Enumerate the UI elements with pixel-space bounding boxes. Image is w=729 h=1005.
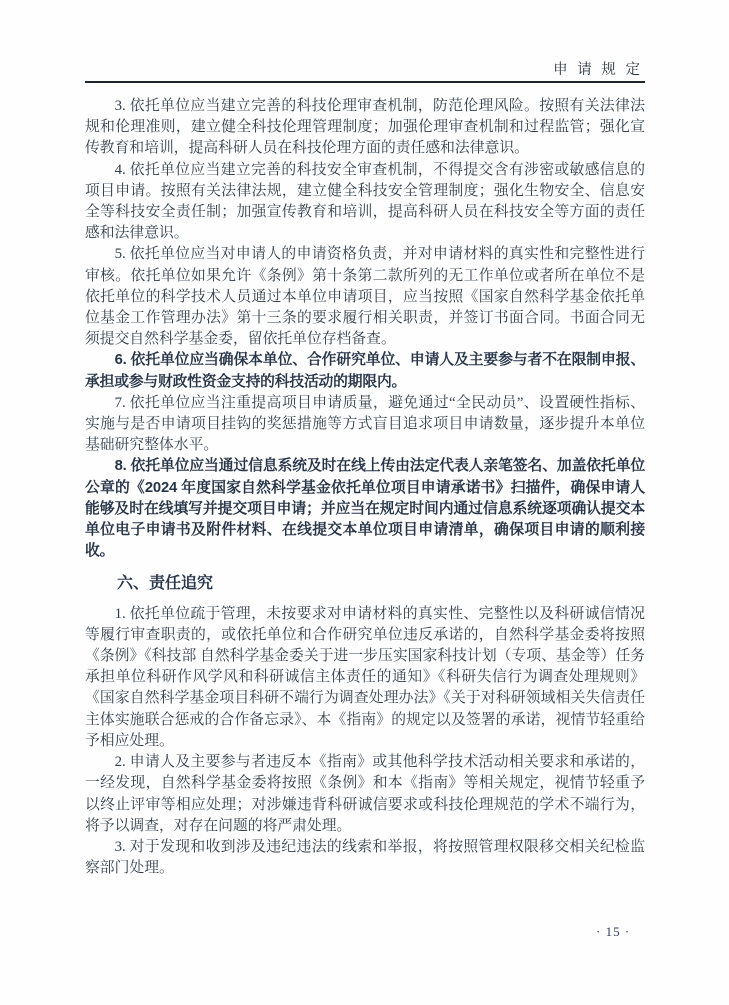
paragraph-item-5: 5. 依托单位应当对申请人的申请资格负责，并对申请材料的真实性和完整性进行审核。… [85, 244, 645, 350]
document-body: 3. 依托单位应当建立完善的科技伦理审查机制，防范伦理风险。按照有关法律法规和伦… [85, 96, 645, 879]
liability-item-3: 3. 对于发现和收到涉及违纪违法的线索和举报，将按照管理权限移交相关纪检监察部门… [85, 837, 645, 879]
paragraph-item-6: 6. 依托单位应当确保本单位、合作研究单位、申请人及主要参与者不在限制申报、承担… [85, 350, 645, 392]
running-header: 申 请 规 定 [553, 58, 643, 79]
header-rule [85, 81, 645, 83]
page-number: · 15 · [596, 924, 630, 940]
paragraph-item-4: 4. 依托单位应当建立完善的科技安全审查机制，不得提交含有涉密或敏感信息的项目申… [85, 160, 645, 245]
liability-item-2: 2. 申请人及主要参与者违反本《指南》或其他科学技术活动相关要求和承诺的，一经发… [85, 752, 645, 837]
liability-item-1: 1. 依托单位疏于管理，未按要求对申请材料的真实性、完整性以及科研诚信情况等履行… [85, 604, 645, 752]
section-heading-liability: 六、责任追究 [85, 573, 645, 594]
paragraph-item-7: 7. 依托单位应当注重提高项目申请质量，避免通过“全民动员”、设置硬性指标、实施… [85, 393, 645, 457]
paragraph-item-8: 8. 依托单位应当通过信息系统及时在线上传由法定代表人亲笔签名、加盖依托单位公章… [85, 456, 645, 562]
paragraph-item-3: 3. 依托单位应当建立完善的科技伦理审查机制，防范伦理风险。按照有关法律法规和伦… [85, 96, 645, 160]
document-page: 申 请 规 定 3. 依托单位应当建立完善的科技伦理审查机制，防范伦理风险。按照… [0, 0, 729, 1005]
